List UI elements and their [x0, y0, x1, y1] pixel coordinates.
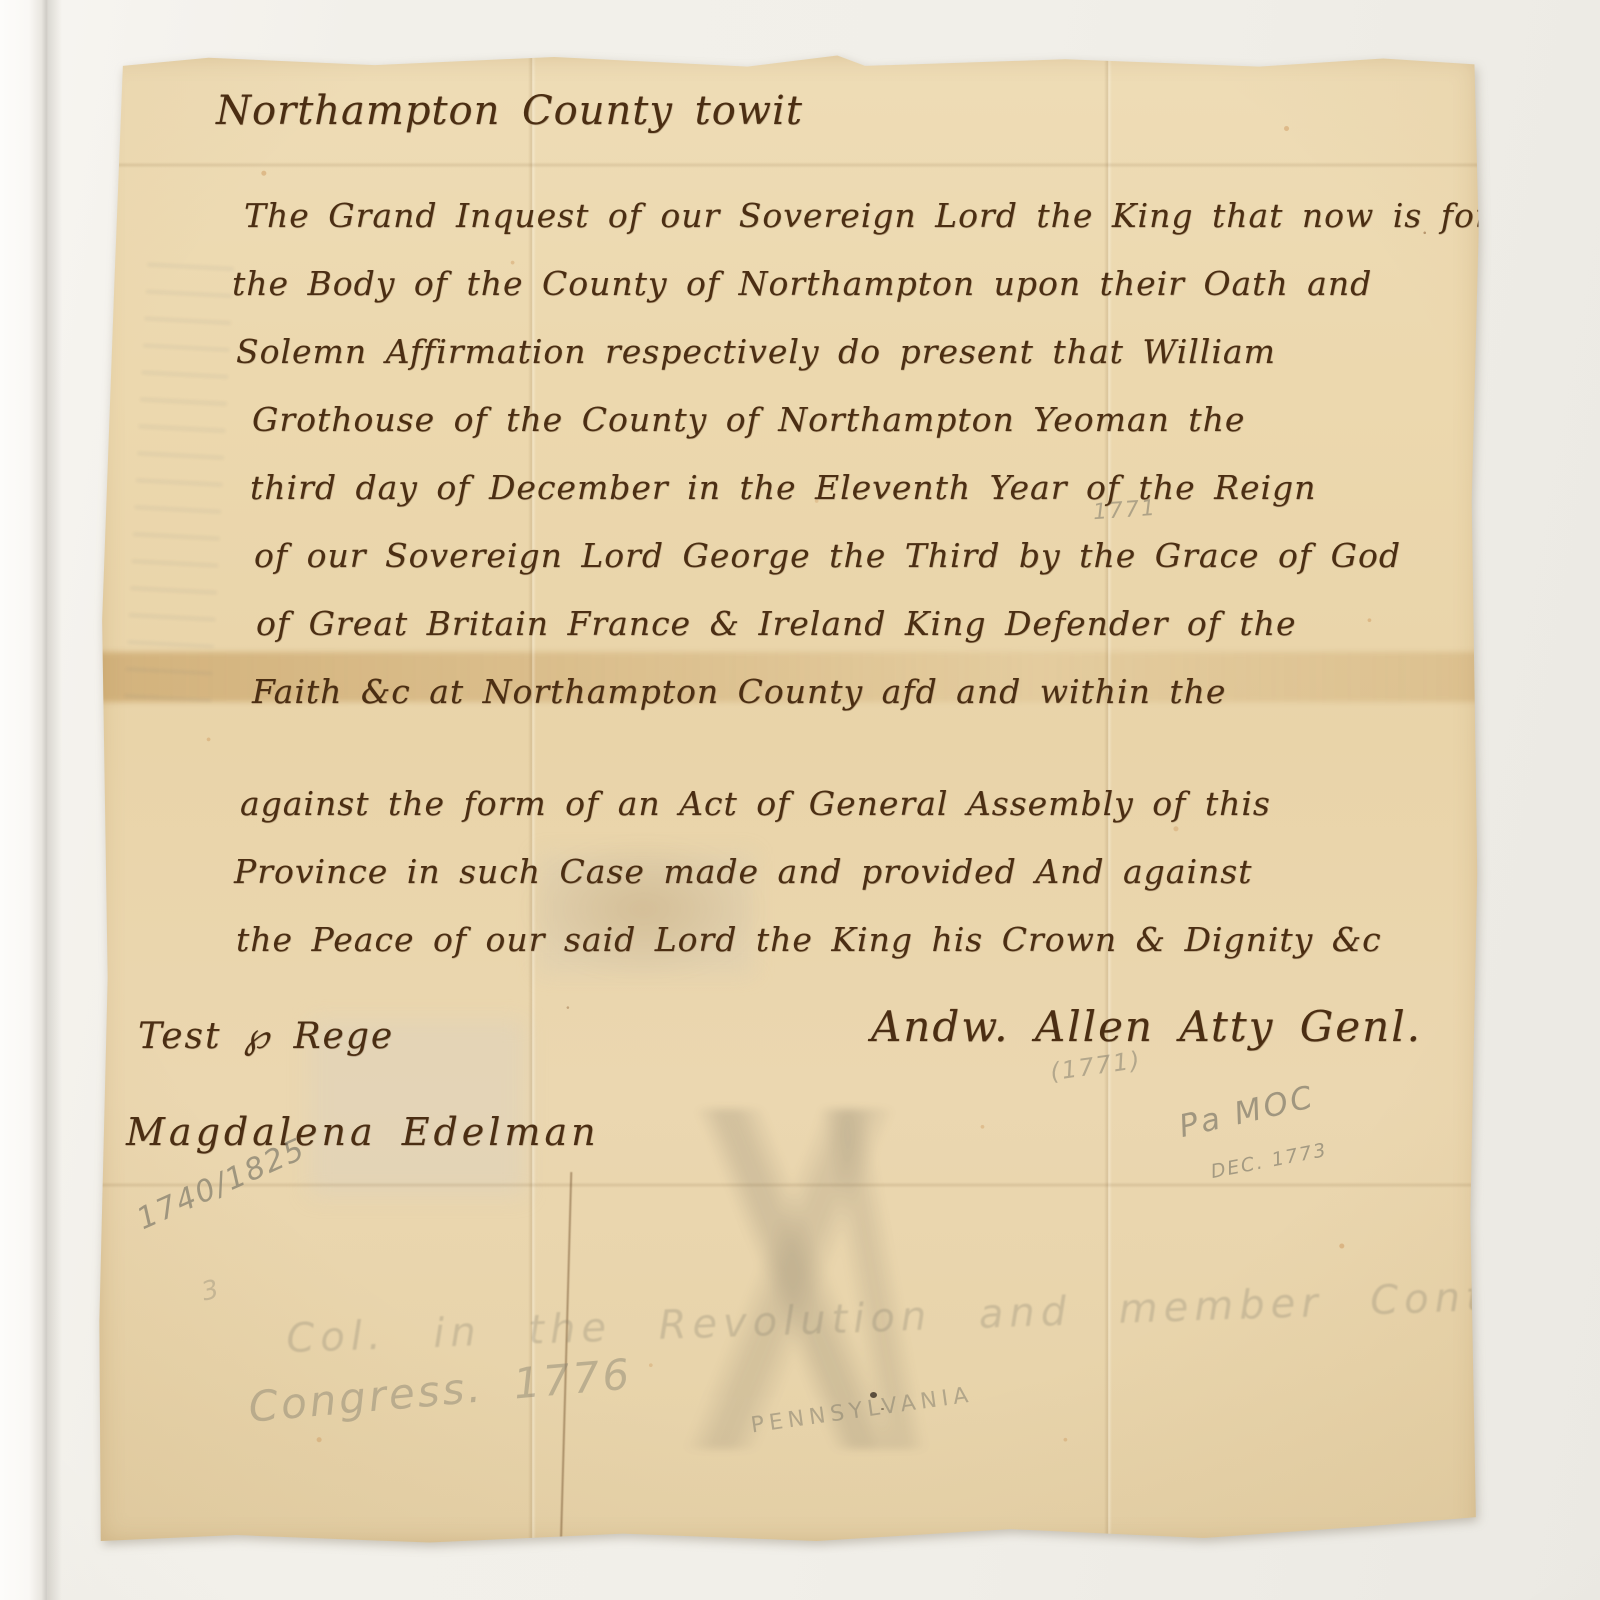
mat-left-edge	[0, 0, 48, 1600]
paper-edge-shading	[98, 54, 1480, 1544]
manuscript-paper-wrap: Northampton County towit The Grand Inque…	[98, 54, 1480, 1544]
manuscript-paper: Northampton County towit The Grand Inque…	[98, 54, 1480, 1544]
photo-background: Northampton County towit The Grand Inque…	[0, 0, 1600, 1600]
mat-edge-shadow	[48, 0, 62, 1600]
